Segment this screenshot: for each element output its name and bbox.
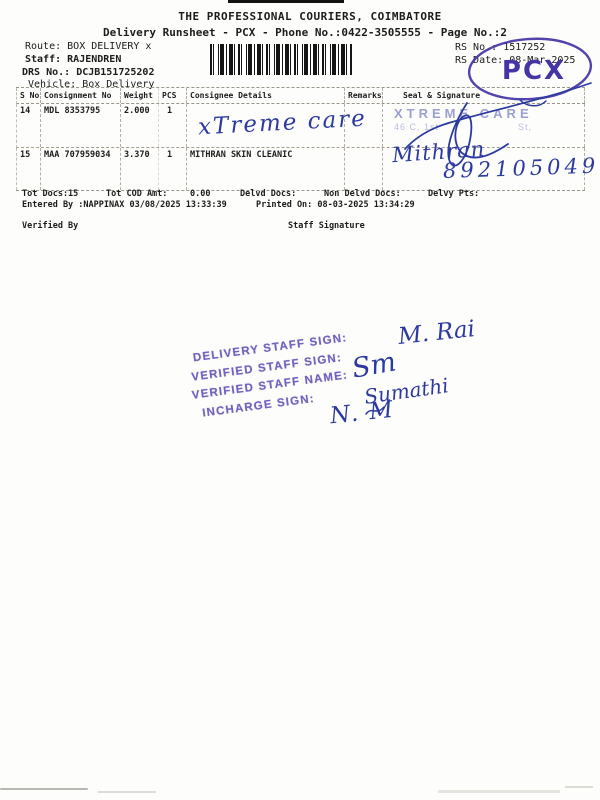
scan-artifact-bottom bbox=[438, 790, 560, 793]
header-weight: Weight bbox=[121, 88, 159, 103]
consignee-rubber-stamp: XTREME CARE 46 C, 1st St, bbox=[394, 106, 533, 132]
delvy-pts-label: Delvy Pts: bbox=[428, 189, 479, 199]
drs-line: DRS No.: DCJB151725202 bbox=[22, 67, 154, 78]
cell-pcs: 1 bbox=[159, 148, 187, 190]
tot-docs-value: 15 bbox=[68, 189, 78, 199]
non-delvd-docs-label: Non Delvd Docs: bbox=[324, 189, 401, 199]
document-title: THE PROFESSIONAL COURIERS, COIMBATORE bbox=[0, 10, 600, 23]
tot-cod-value: 0.00 bbox=[190, 189, 210, 199]
tot-docs-label: Tot Docs: bbox=[22, 189, 68, 199]
header-pcs: PCS bbox=[159, 88, 187, 103]
route-value: BOX DELIVERY x bbox=[67, 41, 151, 52]
staff-signature-label: Staff Signature bbox=[288, 221, 365, 231]
entered-by: Entered By :NAPPINAX 03/08/2025 13:33:39 bbox=[22, 200, 227, 210]
cell-weight: 3.370 bbox=[121, 148, 159, 190]
cell-consignment: MDL 8353795 bbox=[41, 104, 121, 147]
rubber-stamp-address-right: St, bbox=[518, 122, 532, 132]
header-consignee: Consignee Details bbox=[187, 88, 345, 103]
rubber-stamp-address-left: 46 C, 1st bbox=[394, 122, 439, 132]
pcx-circle-stamp: PCX bbox=[462, 33, 600, 105]
staff-value: RAJENDREN bbox=[67, 54, 121, 65]
pcx-stamp-text: PCX bbox=[502, 56, 566, 86]
tot-cod-label: Tot COD Amt: bbox=[106, 189, 167, 199]
header-remarks: Remarks bbox=[345, 88, 383, 103]
drs-value: DCJB151725202 bbox=[76, 67, 154, 78]
header-sno: S No bbox=[17, 88, 41, 103]
cell-consignment: MAA 707959034 bbox=[41, 148, 121, 190]
printed-on: Printed On: 08-03-2025 13:34:29 bbox=[256, 200, 415, 210]
staff-label: Staff: bbox=[25, 54, 61, 65]
rubber-stamp-address: 46 C, 1st St, bbox=[394, 122, 532, 132]
cell-consignee: MITHRAN SKIN CLEANIC bbox=[187, 148, 345, 190]
delivery-staff-sign-handwriting: M. Rai bbox=[397, 316, 476, 350]
runsheet-page: THE PROFESSIONAL COURIERS, COIMBATORE De… bbox=[0, 0, 600, 800]
drs-label: DRS No.: bbox=[22, 67, 70, 78]
cell-remarks bbox=[345, 148, 383, 190]
scan-artifact-bottom bbox=[0, 788, 88, 790]
scan-artifact-bottom bbox=[565, 786, 593, 788]
staff-line: Staff: RAJENDREN bbox=[25, 54, 121, 65]
route-line: Route: BOX DELIVERY x bbox=[25, 41, 151, 52]
route-label: Route: bbox=[25, 41, 61, 52]
cell-weight: 2.000 bbox=[121, 104, 159, 147]
scan-artifact-bottom bbox=[98, 791, 156, 793]
scan-artifact-top bbox=[228, 0, 344, 3]
rubber-stamp-name: XTREME CARE bbox=[394, 106, 533, 121]
cell-sno: 15 bbox=[17, 148, 41, 190]
verified-staff-sign-handwriting: Sm bbox=[350, 346, 399, 384]
verified-by-label: Verified By bbox=[22, 221, 78, 231]
header-consignment: Consignment No bbox=[41, 88, 121, 103]
cell-sno: 14 bbox=[17, 104, 41, 147]
incharge-sign-handwriting: N. M bbox=[329, 397, 396, 430]
delvd-docs-label: Delvd Docs: bbox=[240, 189, 296, 199]
cell-pcs: 1 bbox=[159, 104, 187, 147]
barcode bbox=[210, 44, 352, 75]
